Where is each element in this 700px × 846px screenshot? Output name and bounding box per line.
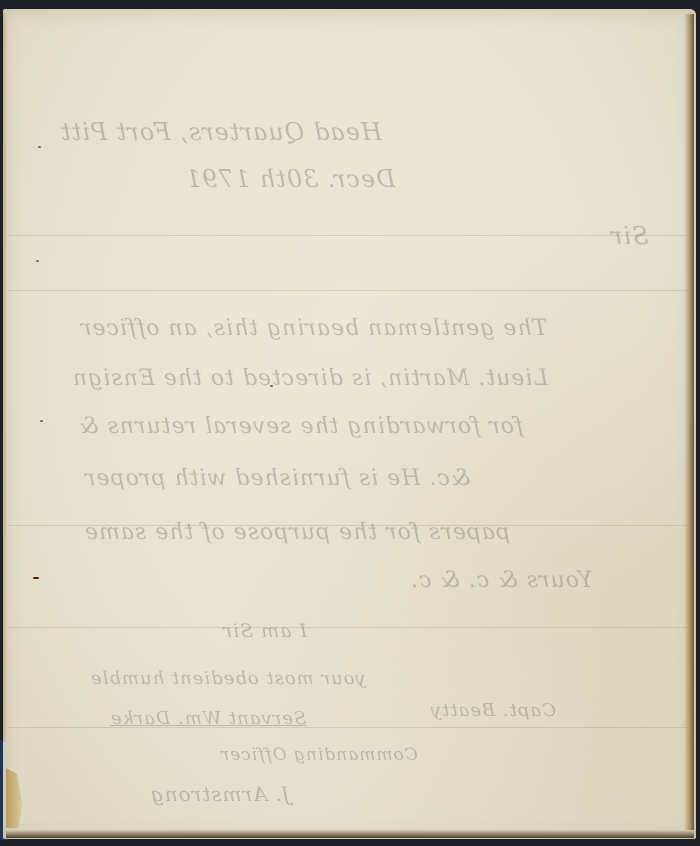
body-line-5: papers for the purpose of the same — [84, 520, 510, 545]
paper-speck — [33, 577, 39, 579]
closing-line-3: Servant Wm. Darke — [110, 708, 306, 729]
heading-line-2: Decr. 30th 1791 — [185, 165, 395, 193]
page-bottom-edge — [6, 830, 694, 838]
page-right-edge — [684, 14, 694, 834]
page-left-edge — [3, 14, 7, 742]
salutation: Sir — [610, 222, 649, 250]
body-line-6: Yours & c. & c. — [410, 568, 593, 593]
closing-line-2: your most obedient humble — [90, 668, 366, 689]
heading-line-1: Head Quarters, Fort Pitt — [60, 118, 382, 146]
body-line-1: The gentleman bearing this, an officer — [80, 316, 547, 341]
closing-line-4: Commanding Officer — [220, 745, 418, 765]
ruled-line — [8, 235, 688, 236]
paper-speck — [38, 146, 41, 148]
signature: J. Armstrong — [150, 782, 290, 806]
ruled-line — [8, 627, 688, 628]
closing-line-1: I am Sir — [222, 620, 307, 642]
ruled-line — [8, 290, 688, 291]
body-line-2: Lieut. Martin, is directed to the Ensign — [72, 366, 548, 391]
paper-speck — [36, 260, 39, 262]
margin-note: Capt. Beatty — [430, 700, 556, 721]
body-line-4: &c. He is furnished with proper — [84, 466, 470, 491]
body-line-3: for forwarding the several returns & — [78, 414, 523, 439]
paper-speck — [40, 420, 43, 422]
